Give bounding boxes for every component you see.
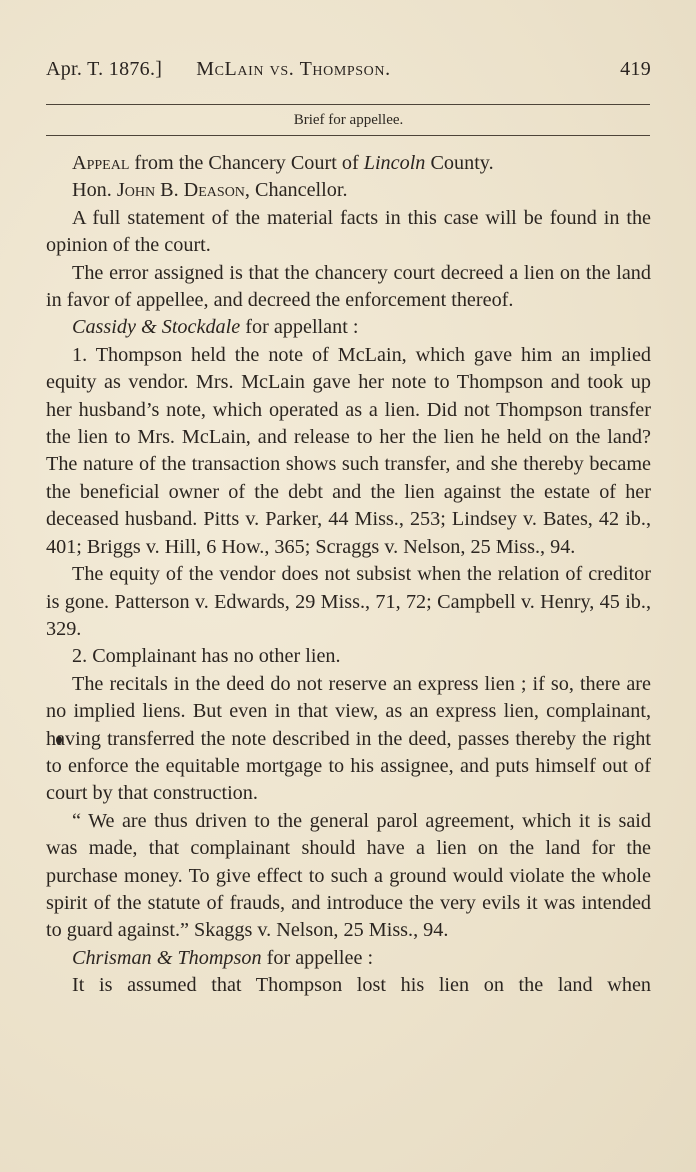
judge-name: John B. Deason bbox=[117, 179, 245, 201]
header-rule-bottom bbox=[46, 135, 650, 136]
quotation-paragraph: “ We are thus driven to the general paro… bbox=[46, 808, 651, 945]
appeal-paragraph: Appeal from the Chancery Court of Lincol… bbox=[46, 150, 651, 177]
statement-paragraph: A full statement of the material facts i… bbox=[46, 205, 651, 260]
page-number: 419 bbox=[620, 58, 651, 81]
ink-blot bbox=[56, 736, 62, 744]
running-header: Apr. T. 1876.] McLain vs. Thompson. 419 bbox=[46, 58, 651, 88]
term-label: Apr. T. 1876.] bbox=[46, 58, 162, 81]
recitals-paragraph: The recitals in the deed do not reserve … bbox=[46, 671, 651, 808]
appellant-counsel-names: Cassidy & Stockdale bbox=[72, 316, 240, 338]
appellant-counsel-line: Cassidy & Stockdale for appellant : bbox=[46, 314, 651, 341]
county-name: Lincoln bbox=[364, 152, 426, 174]
judge-paragraph: Hon. John B. Deason, Chancellor. bbox=[46, 177, 651, 204]
appeal-lead: Appeal bbox=[72, 152, 129, 174]
appellee-counsel-names: Chrisman & Thompson bbox=[72, 947, 262, 969]
body-text: Appeal from the Chancery Court of Lincol… bbox=[46, 150, 651, 1000]
appellee-counsel-line: Chrisman & Thompson for appellee : bbox=[46, 945, 651, 972]
error-assigned-paragraph: The error assigned is that the chancery … bbox=[46, 260, 651, 315]
case-title: McLain vs. Thompson. bbox=[162, 58, 620, 81]
section-label: Brief for appellee. bbox=[46, 105, 651, 135]
argument-2-paragraph: 2. Complainant has no other lien. bbox=[46, 643, 651, 670]
vendor-equity-paragraph: The equity of the vendor does not subsis… bbox=[46, 561, 651, 643]
book-page: Apr. T. 1876.] McLain vs. Thompson. 419 … bbox=[46, 58, 651, 1000]
appellee-argument-paragraph: It is assumed that Thompson lost his lie… bbox=[46, 972, 651, 999]
argument-1-paragraph: 1. Thompson held the note of McLain, whi… bbox=[46, 342, 651, 561]
